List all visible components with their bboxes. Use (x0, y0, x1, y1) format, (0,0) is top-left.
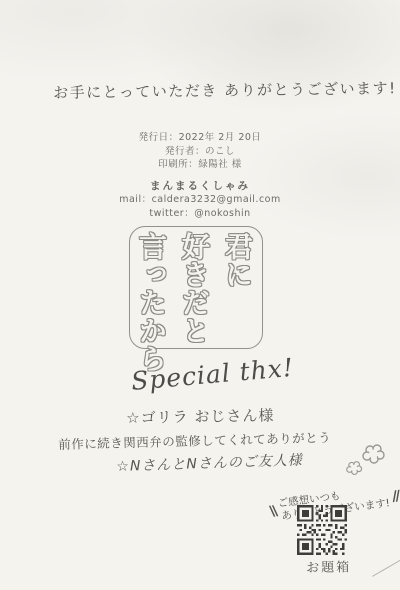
publish-date: 発行日：2022年 2月 20日 (0, 131, 400, 145)
emphasis-mark-right: // (391, 490, 399, 504)
book-title-vertical: 君に 好きだと 言ったから (130, 232, 259, 372)
title-box: 君に 好きだと 言ったから (129, 226, 263, 349)
emphasis-mark-left: \\ (269, 505, 277, 519)
thanks-message: お手にとっていただき ありがとうございます! (53, 77, 397, 103)
title-column-1: 君に (216, 232, 259, 372)
title-column-3: 言ったから (130, 232, 173, 372)
flower-doodle-icon (346, 461, 363, 477)
scanned-colophon-page: お手にとっていただき ありがとうございます! 発行日：2022年 2月 20日 … (0, 0, 400, 590)
twitter-handle: twitter：@nokoshin (0, 207, 400, 221)
publisher: 発行者：のこし (0, 145, 400, 159)
circle-name: まんまるくしゃみ (0, 180, 400, 194)
printer: 印刷所：緑陽社 様 (0, 158, 400, 172)
page-crease (372, 558, 400, 577)
special-thanks-line: ☆ゴリラ おじさん様 (126, 404, 275, 428)
colophon-block: 発行日：2022年 2月 20日 発行者：のこし 印刷所：緑陽社 様 まんまるく… (0, 131, 400, 220)
title-column-2: 好きだと (173, 232, 216, 372)
special-thanks-line: ☆NさんとNさんのご友人様 (116, 449, 303, 475)
qr-code-label: お題箱 (306, 556, 351, 576)
qr-code (297, 504, 347, 556)
mail-address: mail：caldera3232@gmail.com (0, 193, 400, 207)
flower-doodle-icon (362, 444, 386, 466)
